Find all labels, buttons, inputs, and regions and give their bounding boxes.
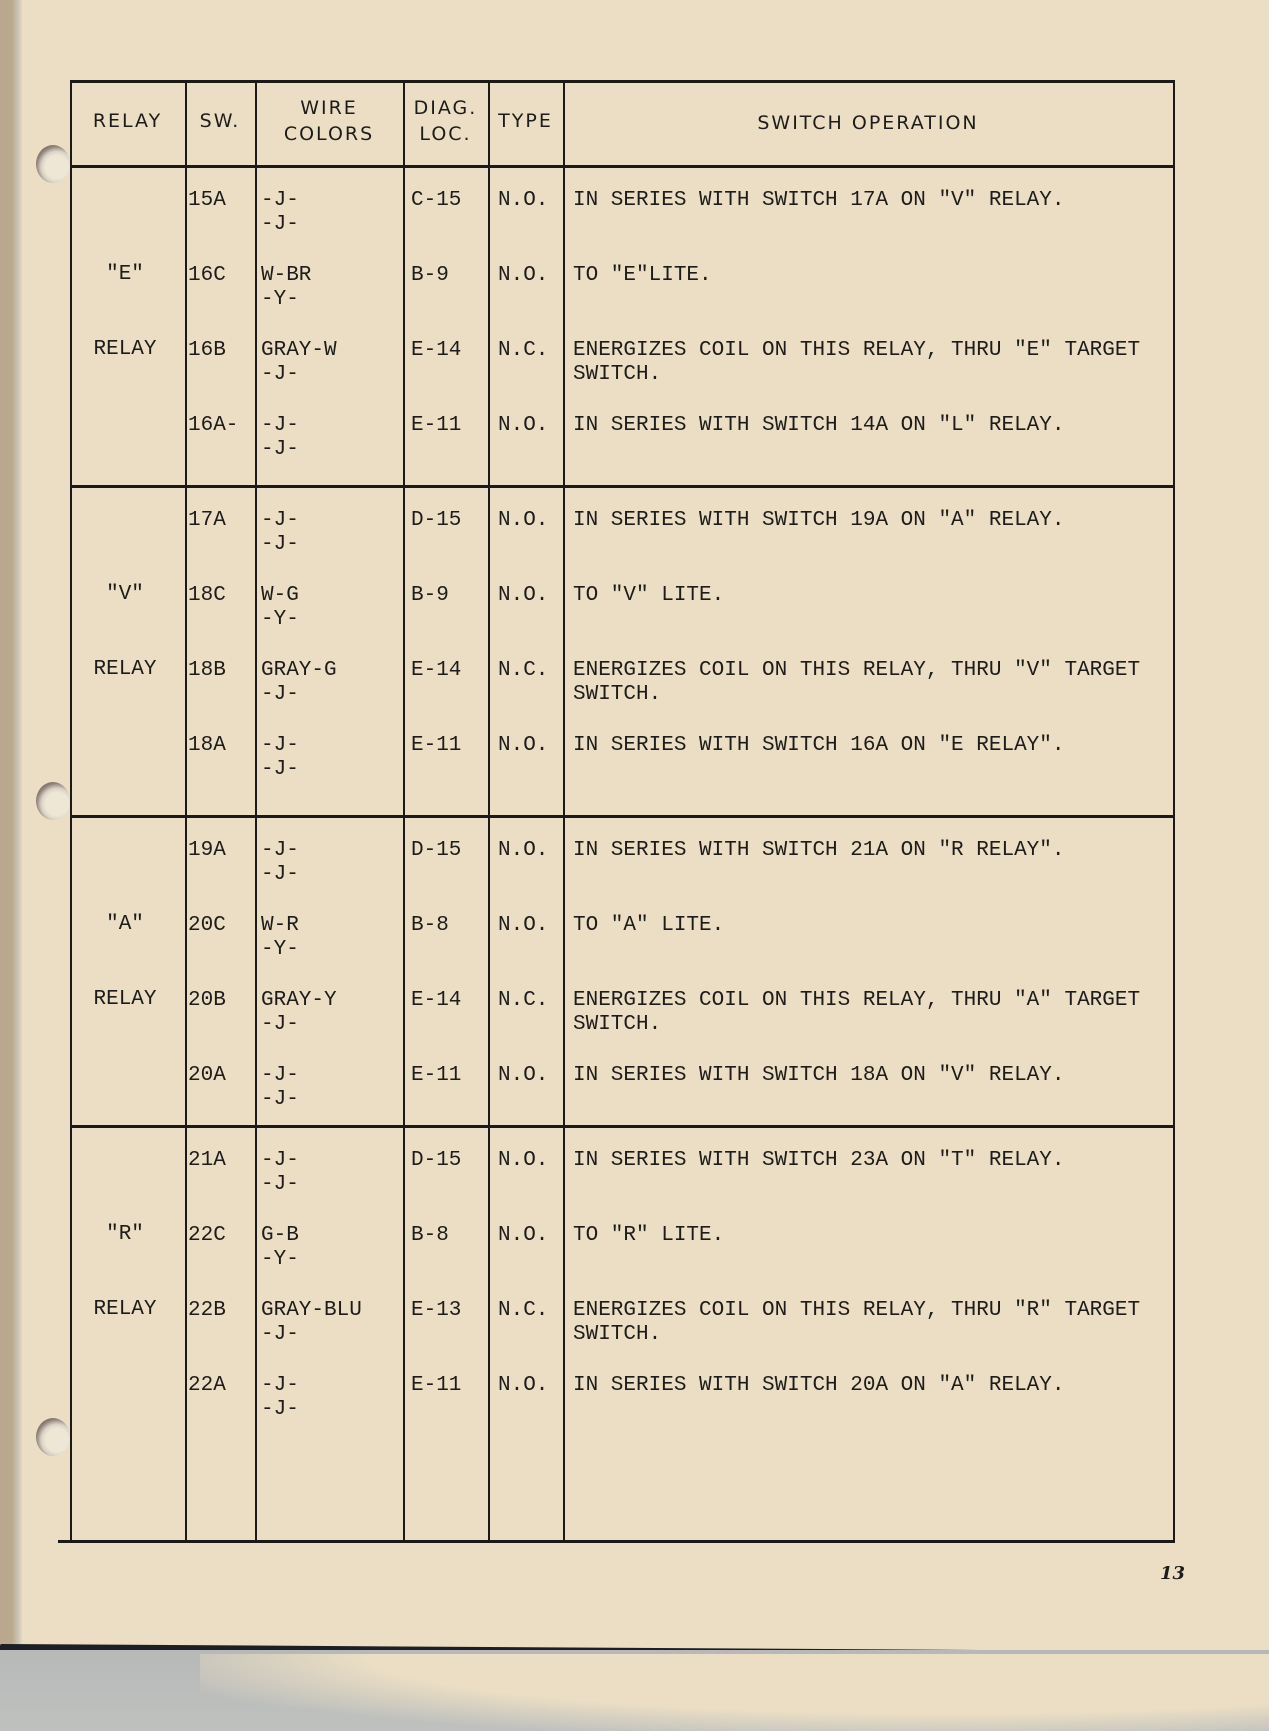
column-divider — [403, 80, 405, 1540]
wire-color-primary: W-BR — [261, 264, 311, 288]
switch-type: N.O. — [498, 584, 548, 608]
switch-operation: IN SERIES WITH SWITCH 14A ON "L" RELAY. — [573, 414, 1163, 438]
switch-type: N.O. — [498, 1064, 548, 1088]
switch-operation: IN SERIES WITH SWITCH 17A ON "V" RELAY. — [573, 189, 1163, 213]
header-type: TYPE — [488, 108, 563, 134]
diagram-location: E-11 — [411, 1064, 461, 1088]
wire-color-primary: -J- — [261, 509, 299, 533]
header-bottom-border — [70, 165, 1175, 168]
header-switch: SW. — [185, 108, 255, 134]
column-divider — [255, 80, 257, 1540]
switch-id: 16C — [188, 264, 226, 288]
switch-type: N.C. — [498, 1299, 548, 1323]
wire-color-primary: GRAY-W — [261, 339, 337, 363]
page-number: 13 — [1160, 1563, 1185, 1584]
scan-shadow — [0, 1650, 1269, 1731]
relay-word: RELAY — [70, 658, 180, 681]
column-divider — [185, 80, 187, 1540]
header-wire-colors-line1: WIRE — [255, 95, 403, 121]
wire-color-secondary: -J- — [261, 1013, 299, 1037]
group-divider — [70, 815, 1175, 818]
header-diag-loc-line2: LOC. — [403, 121, 488, 147]
diagram-location: B-8 — [411, 1224, 449, 1248]
relay-switch-table: RELAY SW. WIRE COLORS DIAG. LOC. TYPE SW… — [70, 80, 1173, 1540]
wire-color-primary: -J- — [261, 734, 299, 758]
diagram-location: D-15 — [411, 509, 461, 533]
wire-color-primary: -J- — [261, 189, 299, 213]
switch-operation: ENERGIZES COIL ON THIS RELAY, THRU "R" T… — [573, 1299, 1163, 1347]
wire-color-secondary: -Y- — [261, 288, 299, 312]
switch-operation: IN SERIES WITH SWITCH 16A ON "E RELAY". — [573, 734, 1163, 758]
switch-type: N.O. — [498, 914, 548, 938]
switch-type: N.C. — [498, 989, 548, 1013]
switch-operation: IN SERIES WITH SWITCH 21A ON "R RELAY". — [573, 839, 1163, 863]
switch-id: 22A — [188, 1374, 226, 1398]
wire-color-secondary: -Y- — [261, 938, 299, 962]
header-wire-colors-line2: COLORS — [255, 121, 403, 147]
switch-type: N.O. — [498, 264, 548, 288]
header-diag-loc-line1: DIAG. — [403, 95, 488, 121]
diagram-location: E-14 — [411, 989, 461, 1013]
header-relay: RELAY — [70, 108, 185, 134]
header-wire-colors: WIRE COLORS — [255, 95, 403, 147]
wire-color-secondary: -J- — [261, 1088, 299, 1112]
relay-name: "R" — [70, 1223, 180, 1246]
wire-color-secondary: -J- — [261, 213, 299, 237]
diagram-location: B-9 — [411, 584, 449, 608]
punch-hole-top — [36, 145, 70, 183]
switch-operation: TO "E"LITE. — [573, 264, 1163, 288]
diagram-location: E-11 — [411, 414, 461, 438]
wire-color-secondary: -J- — [261, 438, 299, 462]
switch-operation: IN SERIES WITH SWITCH 20A ON "A" RELAY. — [573, 1374, 1163, 1398]
wire-color-primary: -J- — [261, 1374, 299, 1398]
column-divider — [563, 80, 565, 1540]
wire-color-secondary: -J- — [261, 533, 299, 557]
column-divider — [488, 80, 490, 1540]
switch-id: 20C — [188, 914, 226, 938]
switch-id: 18B — [188, 659, 226, 683]
wire-color-primary: GRAY-BLU — [261, 1299, 362, 1323]
table-left-border — [70, 80, 72, 1540]
switch-operation: IN SERIES WITH SWITCH 19A ON "A" RELAY. — [573, 509, 1163, 533]
table-bottom-border — [58, 1540, 1175, 1543]
wire-color-secondary: -J- — [261, 758, 299, 782]
switch-id: 22C — [188, 1224, 226, 1248]
diagram-location: B-8 — [411, 914, 449, 938]
switch-id: 17A — [188, 509, 226, 533]
table-top-border — [70, 80, 1175, 83]
switch-id: 15A — [188, 189, 226, 213]
wire-color-secondary: -J- — [261, 1173, 299, 1197]
wire-color-secondary: -J- — [261, 1398, 299, 1422]
wire-color-secondary: -J- — [261, 863, 299, 887]
switch-operation: ENERGIZES COIL ON THIS RELAY, THRU "A" T… — [573, 989, 1163, 1037]
group-divider — [70, 1125, 1175, 1128]
switch-type: N.O. — [498, 839, 548, 863]
switch-id: 18C — [188, 584, 226, 608]
binder-edge — [0, 0, 22, 1650]
wire-color-secondary: -Y- — [261, 1248, 299, 1272]
switch-type: N.O. — [498, 1224, 548, 1248]
diagram-location: E-11 — [411, 734, 461, 758]
switch-operation: ENERGIZES COIL ON THIS RELAY, THRU "E" T… — [573, 339, 1163, 387]
wire-color-primary: GRAY-Y — [261, 989, 337, 1013]
punch-hole-middle — [36, 782, 70, 820]
relay-name: "E" — [70, 263, 180, 286]
wire-color-primary: W-R — [261, 914, 299, 938]
wire-color-primary: -J- — [261, 414, 299, 438]
switch-type: N.O. — [498, 734, 548, 758]
switch-operation: TO "A" LITE. — [573, 914, 1163, 938]
diagram-location: E-14 — [411, 659, 461, 683]
diagram-location: C-15 — [411, 189, 461, 213]
relay-name: "A" — [70, 913, 180, 936]
switch-type: N.O. — [498, 1374, 548, 1398]
wire-color-primary: -J- — [261, 1064, 299, 1088]
switch-type: N.O. — [498, 1149, 548, 1173]
switch-type: N.C. — [498, 659, 548, 683]
punch-hole-bottom — [36, 1418, 70, 1456]
diagram-location: D-15 — [411, 1149, 461, 1173]
diagram-location: E-13 — [411, 1299, 461, 1323]
switch-id: 18A — [188, 734, 226, 758]
switch-id: 22B — [188, 1299, 226, 1323]
wire-color-secondary: -J- — [261, 1323, 299, 1347]
switch-operation: ENERGIZES COIL ON THIS RELAY, THRU "V" T… — [573, 659, 1163, 707]
wire-color-primary: G-B — [261, 1224, 299, 1248]
wire-color-primary: GRAY-G — [261, 659, 337, 683]
switch-id: 16A- — [188, 414, 238, 438]
wire-color-primary: W-G — [261, 584, 299, 608]
wire-color-primary: -J- — [261, 1149, 299, 1173]
switch-type: N.O. — [498, 189, 548, 213]
diagram-location: E-11 — [411, 1374, 461, 1398]
wire-color-secondary: -Y- — [261, 608, 299, 632]
wire-color-secondary: -J- — [261, 363, 299, 387]
switch-id: 20B — [188, 989, 226, 1013]
switch-operation: TO "V" LITE. — [573, 584, 1163, 608]
header-switch-operation: SWITCH OPERATION — [563, 110, 1173, 136]
switch-type: N.O. — [498, 414, 548, 438]
diagram-location: E-14 — [411, 339, 461, 363]
switch-id: 21A — [188, 1149, 226, 1173]
switch-operation: IN SERIES WITH SWITCH 23A ON "T" RELAY. — [573, 1149, 1163, 1173]
wire-color-secondary: -J- — [261, 683, 299, 707]
group-divider — [70, 485, 1175, 488]
switch-id: 16B — [188, 339, 226, 363]
relay-name: "V" — [70, 583, 180, 606]
diagram-location: B-9 — [411, 264, 449, 288]
switch-operation: IN SERIES WITH SWITCH 18A ON "V" RELAY. — [573, 1064, 1163, 1088]
relay-word: RELAY — [70, 1298, 180, 1321]
switch-type: N.O. — [498, 509, 548, 533]
header-diag-loc: DIAG. LOC. — [403, 95, 488, 147]
table-right-border — [1173, 80, 1175, 1540]
diagram-location: D-15 — [411, 839, 461, 863]
relay-word: RELAY — [70, 338, 180, 361]
wire-color-primary: -J- — [261, 839, 299, 863]
switch-id: 19A — [188, 839, 226, 863]
switch-operation: TO "R" LITE. — [573, 1224, 1163, 1248]
relay-word: RELAY — [70, 988, 180, 1011]
switch-id: 20A — [188, 1064, 226, 1088]
switch-type: N.C. — [498, 339, 548, 363]
